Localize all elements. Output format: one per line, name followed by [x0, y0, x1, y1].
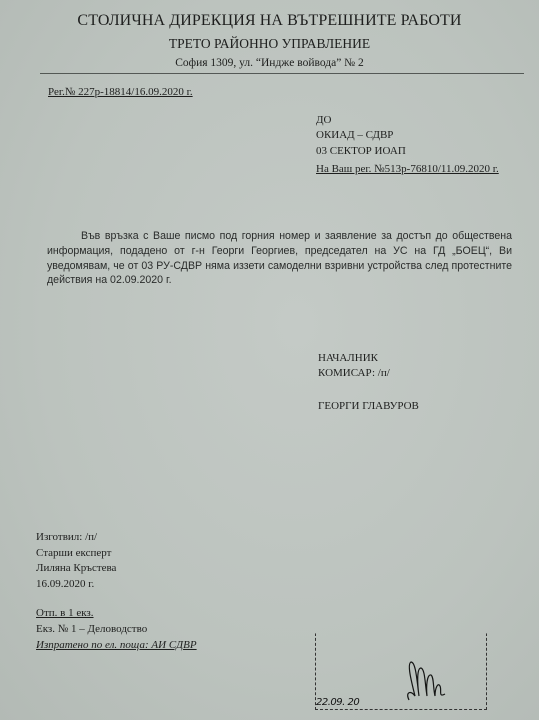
department-heading: ТРЕТО РАЙОННО УПРАВЛЕНИЕ [0, 36, 539, 52]
copy-destination: Екз. № 1 – Деловодство [36, 622, 147, 638]
signatory-rank: КОМИСАР: /п/ [318, 366, 390, 381]
prepared-date: 16.09.2020 г. [36, 577, 94, 593]
signatory-name: ГЕОРГИ ГЛАВУРОВ [318, 399, 419, 414]
handwritten-signature-icon [405, 660, 455, 702]
organization-heading: СТОЛИЧНА ДИРЕКЦИЯ НА ВЪТРЕШНИТЕ РАБОТИ [0, 12, 539, 30]
recipient-line: ОКИАД – СДВР [316, 128, 393, 143]
signatory-title: НАЧАЛНИК [318, 351, 378, 366]
copies-note: Отп. в 1 екз. [36, 606, 94, 622]
your-reference: На Ваш рег. №513р-76810/11.09.2020 г. [316, 163, 499, 175]
registration-number: Рег.№ 227р-18814/16.09.2020 г. [48, 86, 193, 98]
body-paragraph: Във връзка с Ваше писмо под горния номер… [47, 229, 512, 288]
address-line: София 1309, ул. “Инджe войвода” № 2 [0, 57, 539, 69]
prepared-by-position: Старши експерт [36, 546, 111, 562]
recipient-line: 03 СЕКТОР ИОАП [316, 144, 406, 159]
prepared-by-name: Лиляна Кръстева [36, 561, 116, 577]
email-sent-note: Изпратено по ел. поща: АИ СДВР [36, 638, 197, 654]
prepared-by: Изготвил: /п/ [36, 530, 97, 546]
header-divider [40, 73, 524, 74]
recipient-line: ДО [316, 113, 331, 128]
handwritten-date: 22.09. 20 [316, 697, 359, 708]
document-page: СТОЛИЧНА ДИРЕКЦИЯ НА ВЪТРЕШНИТЕ РАБОТИ Т… [0, 0, 539, 720]
